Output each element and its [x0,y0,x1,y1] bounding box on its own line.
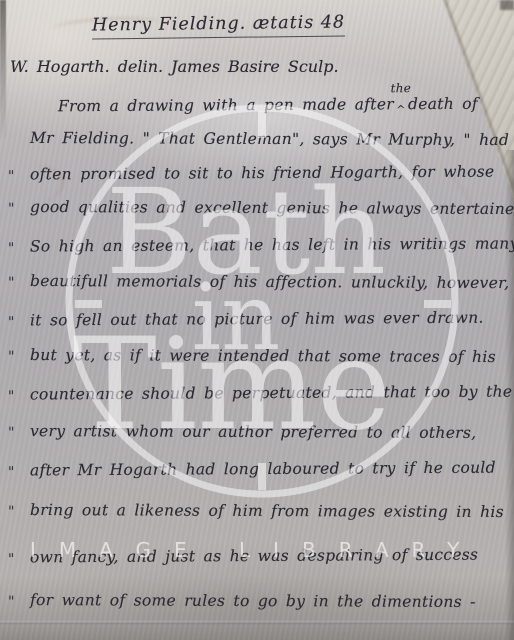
margin-quote-mark: " [8,389,15,405]
attribution-line: W. Hogarth. delin. James Basire Sculp. [10,57,339,76]
margin-quote-mark: " [8,169,15,185]
margin-quote-mark: " [8,425,15,441]
manuscript-line: "very artist whom our author preferred t… [30,422,476,450]
manuscript-line: "good qualities and excellent genius he … [30,198,514,226]
manuscript-line: "bring out a likeness of him from images… [30,501,504,529]
margin-quote-mark: " [8,241,15,257]
margin-quote-mark: " [8,314,15,330]
manuscript-line: "for want of some rules to go by in the … [30,591,476,619]
caret-mark: ^ [396,104,406,115]
manuscript-line: "often promised to sit to his friend Hog… [30,163,495,192]
margin-quote-mark: " [8,594,15,610]
page-title: Henry Fielding. ætatis 48 [92,12,345,39]
margin-quote-mark: " [8,465,15,481]
manuscript-line: "So high an esteem, that he has left in … [30,235,514,264]
manuscript-line: "beautifull memorials of his affection. … [30,272,509,300]
manuscript-line: From a drawing with a pen made afterthe^… [58,95,478,124]
margin-quote-mark: " [8,349,15,365]
manuscript-page: Henry Fielding. ætatis 48 W. Hogarth. de… [0,0,514,640]
manuscript-line: Mr Fielding. " That Gentleman", says Mr … [30,129,509,157]
margin-quote-mark: " [8,551,15,567]
manuscript-line: "but yet, as if it were intended that so… [30,346,496,374]
photo-frame: Henry Fielding. ætatis 48 W. Hogarth. de… [0,0,514,640]
margin-quote-mark: " [8,504,15,520]
margin-quote-mark: " [8,275,15,291]
manuscript-line: "it so fell out that no picture of him w… [30,309,484,338]
manuscript-line: "after Mr Hogarth had long laboured to t… [30,459,496,488]
margin-quote-mark: " [8,201,15,217]
manuscript-line: "countenance should be perpetuated, and … [30,383,513,412]
manuscript-line: "own fancy, and just as he was despairin… [30,546,478,575]
inserted-word-above-line: the [391,81,412,95]
